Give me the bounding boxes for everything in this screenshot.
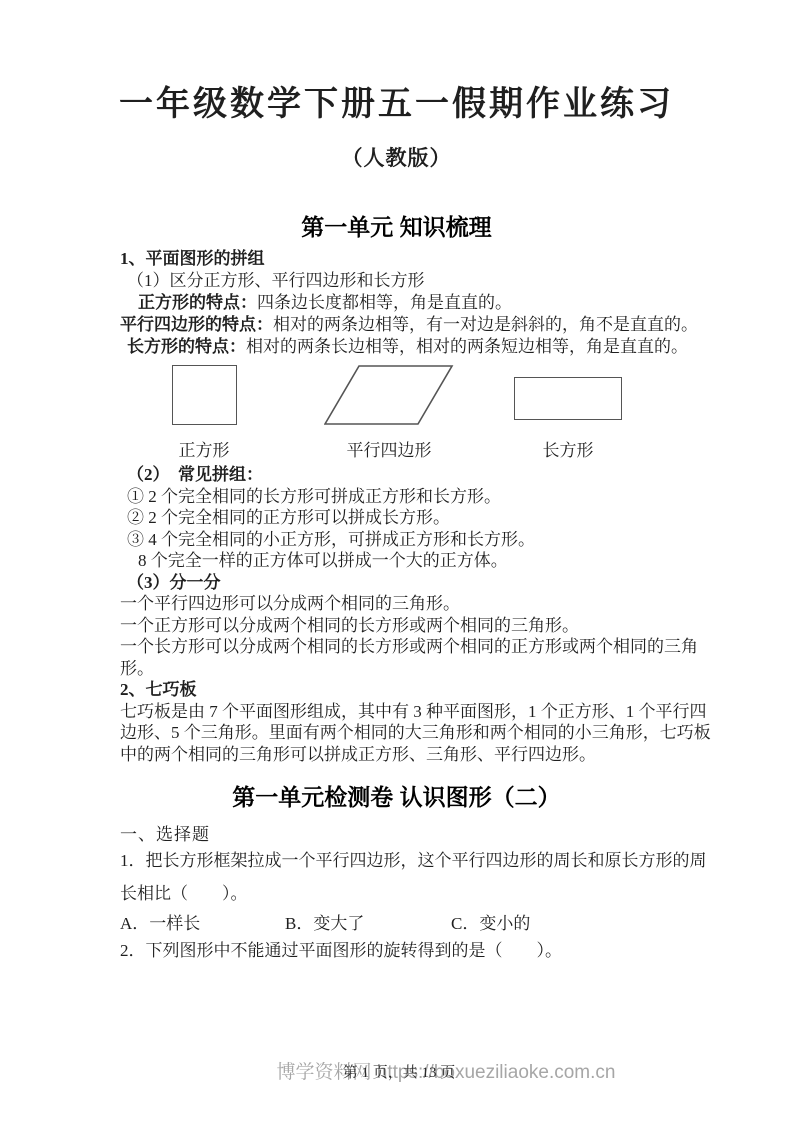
text-segment: 相对的两条长边相等，相对的两条短边相等，角是直直的。 xyxy=(246,337,688,356)
option-c: C．变小的 xyxy=(451,909,530,934)
text-line: （1）区分正方形、平行四边形和长方形 xyxy=(127,270,682,292)
text-segment: 一个长方形可以分成两个相同的长方形或两个相同的正方形或两个相同的三角 xyxy=(120,637,698,656)
text-segment: （3）分一分 xyxy=(127,573,221,592)
text-segment: ① 2 个完全相同的长方形可拼成正方形和长方形。 xyxy=(127,487,501,506)
text-line: 七巧板是由 7 个平面图形组成，其中有 3 种平面图形，1 个正方形、1 个平行… xyxy=(120,701,682,723)
rectangle-shape xyxy=(514,377,622,420)
question1-options: A．一样长 B．变大了 C．变小的 xyxy=(120,909,686,933)
text-segment: 形。 xyxy=(120,659,154,678)
text-line: 一个平行四边形可以分成两个相同的三角形。 xyxy=(120,593,682,615)
text-line: 长方形的特点：相对的两条长边相等，相对的两条短边相等，角是直直的。 xyxy=(127,336,682,358)
document-title: 一年级数学下册五一假期作业练习 xyxy=(0,76,793,125)
text-segment: 中的两个相同的三角形可以拼成正方形、三角形、平行四边形。 xyxy=(120,745,596,764)
rectangle-label: 长方形 xyxy=(518,436,618,461)
text-segment: 一个正方形可以分成两个相同的长方形或两个相同的三角形。 xyxy=(120,616,579,635)
text-line: 2、七巧板 xyxy=(120,679,682,701)
text-segment: 平行四边形的特点： xyxy=(120,315,273,334)
text-line: ① 2 个完全相同的长方形可拼成正方形和长方形。 xyxy=(127,486,682,508)
text-line: 平行四边形的特点：相对的两条边相等，有一对边是斜斜的，角不是直直的。 xyxy=(120,314,682,336)
worksheet-page: 一年级数学下册五一假期作业练习 （人教版） 第一单元 知识梳理 1、平面图形的拼… xyxy=(0,0,793,1122)
text-segment: 一个平行四边形可以分成两个相同的三角形。 xyxy=(120,594,460,613)
section1-heading: 第一单元 知识梳理 xyxy=(0,209,793,242)
knowledge-lines-part2: （2） 常见拼组：① 2 个完全相同的长方形可拼成正方形和长方形。② 2 个完全… xyxy=(120,464,682,765)
text-segment: 七巧板是由 7 个平面图形组成，其中有 3 种平面图形，1 个正方形、1 个平行… xyxy=(120,702,707,721)
text-line: 一个长方形可以分成两个相同的长方形或两个相同的正方形或两个相同的三角 xyxy=(120,636,682,658)
text-segment: 四条边长度都相等，角是直直的。 xyxy=(257,293,512,312)
text-line: 一个正方形可以分成两个相同的长方形或两个相同的三角形。 xyxy=(120,615,682,637)
text-line: 形。 xyxy=(120,658,682,680)
square-label: 正方形 xyxy=(154,436,254,461)
question-type-subheading: 一、选择题 xyxy=(120,820,210,845)
option-a: A．一样长 xyxy=(120,909,200,934)
document-subtitle: （人教版） xyxy=(0,142,793,172)
text-segment: ③ 4 个完全相同的小正方形，可拼成正方形和长方形。 xyxy=(127,530,535,549)
square-shape xyxy=(172,365,237,425)
text-line: 8 个完全一样的正方体可以拼成一个大的正方体。 xyxy=(138,550,682,572)
text-line: 边形、5 个三角形。里面有两个相同的大三角形和两个相同的小三角形，七巧板 xyxy=(120,722,682,744)
question1-line1: 1．把长方形框架拉成一个平行四边形，这个平行四边形的周长和原长方形的周 xyxy=(120,849,686,873)
text-segment: （2） 常见拼组： xyxy=(127,465,263,484)
text-segment: （1）区分正方形、平行四边形和长方形 xyxy=(127,271,425,290)
knowledge-lines-part1: 1、平面图形的拼组（1）区分正方形、平行四边形和长方形正方形的特点：四条边长度都… xyxy=(120,248,682,358)
text-segment: 1、平面图形的拼组 xyxy=(120,249,265,268)
parallelogram-shape xyxy=(324,365,454,425)
text-segment: 2、七巧板 xyxy=(120,680,197,699)
text-line: 正方形的特点：四条边长度都相等，角是直直的。 xyxy=(138,292,682,314)
text-segment: 相对的两条边相等，有一对边是斜斜的，角不是直直的。 xyxy=(273,315,698,334)
text-line: 1、平面图形的拼组 xyxy=(120,248,682,270)
text-segment: ② 2 个完全相同的正方形可以拼成长方形。 xyxy=(127,508,450,527)
text-segment: 正方形的特点： xyxy=(138,293,257,312)
text-line: （3）分一分 xyxy=(127,572,682,594)
question1-line2: 长相比（ ）。 xyxy=(120,882,686,906)
shape-labels: 正方形 平行四边形 长方形 xyxy=(120,436,682,458)
section2-heading: 第一单元检测卷 认识图形（二） xyxy=(0,779,793,812)
shapes-figure xyxy=(120,362,682,432)
parallelogram-label: 平行四边形 xyxy=(334,436,444,461)
text-segment: 边形、5 个三角形。里面有两个相同的大三角形和两个相同的小三角形，七巧板 xyxy=(120,723,711,742)
page-number-info: 第 1 页，共 13 页 xyxy=(343,1061,456,1082)
text-line: ③ 4 个完全相同的小正方形，可拼成正方形和长方形。 xyxy=(127,529,682,551)
option-b: B．变大了 xyxy=(285,909,364,934)
text-line: ② 2 个完全相同的正方形可以拼成长方形。 xyxy=(127,507,682,529)
text-line: 中的两个相同的三角形可以拼成正方形、三角形、平行四边形。 xyxy=(120,744,682,766)
question2-line: 2．下列图形中不能通过平面图形的旋转得到的是（ ）。 xyxy=(120,939,686,963)
text-line: （2） 常见拼组： xyxy=(127,464,682,486)
text-segment: 长方形的特点： xyxy=(127,337,246,356)
text-segment: 8 个完全一样的正方体可以拼成一个大的正方体。 xyxy=(138,551,508,570)
